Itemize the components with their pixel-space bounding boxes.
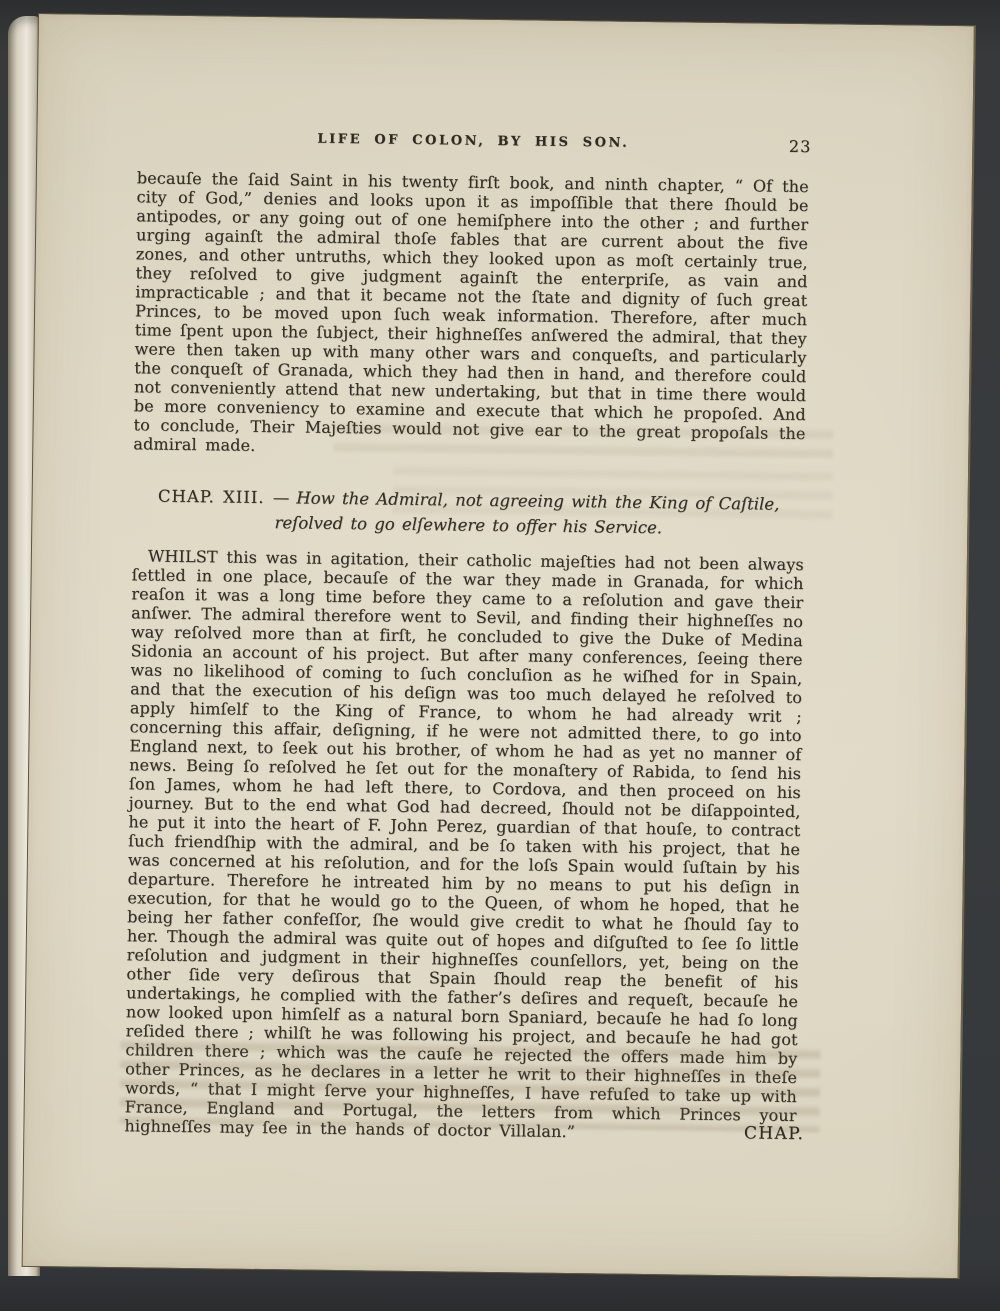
chapter-number-label: CHAP. XIII. —: [158, 487, 291, 508]
paragraph-continuation: becauſe the ſaid Saint in his twenty fir…: [133, 168, 809, 462]
page-number: 23: [789, 137, 812, 156]
book-page: LIFE OF COLON, BY HIS SON. 23 becauſe th…: [22, 13, 976, 1279]
scanned-book-photo: LIFE OF COLON, BY HIS SON. 23 becauſe th…: [0, 0, 1000, 1311]
running-head: LIFE OF COLON, BY HIS SON. 23: [137, 125, 809, 154]
chapter-heading: CHAP. XIII. —How the Admiral, not agreei…: [132, 483, 805, 542]
paragraph-chapter-13: WHILST this was in agitation, their cath…: [124, 546, 804, 1144]
text-block: LIFE OF COLON, BY HIS SON. 23 becauſe th…: [124, 125, 809, 1144]
running-title: LIFE OF COLON, BY HIS SON.: [317, 132, 629, 151]
chapter-title: How the Admiral, not agreeing with the K…: [274, 488, 779, 537]
